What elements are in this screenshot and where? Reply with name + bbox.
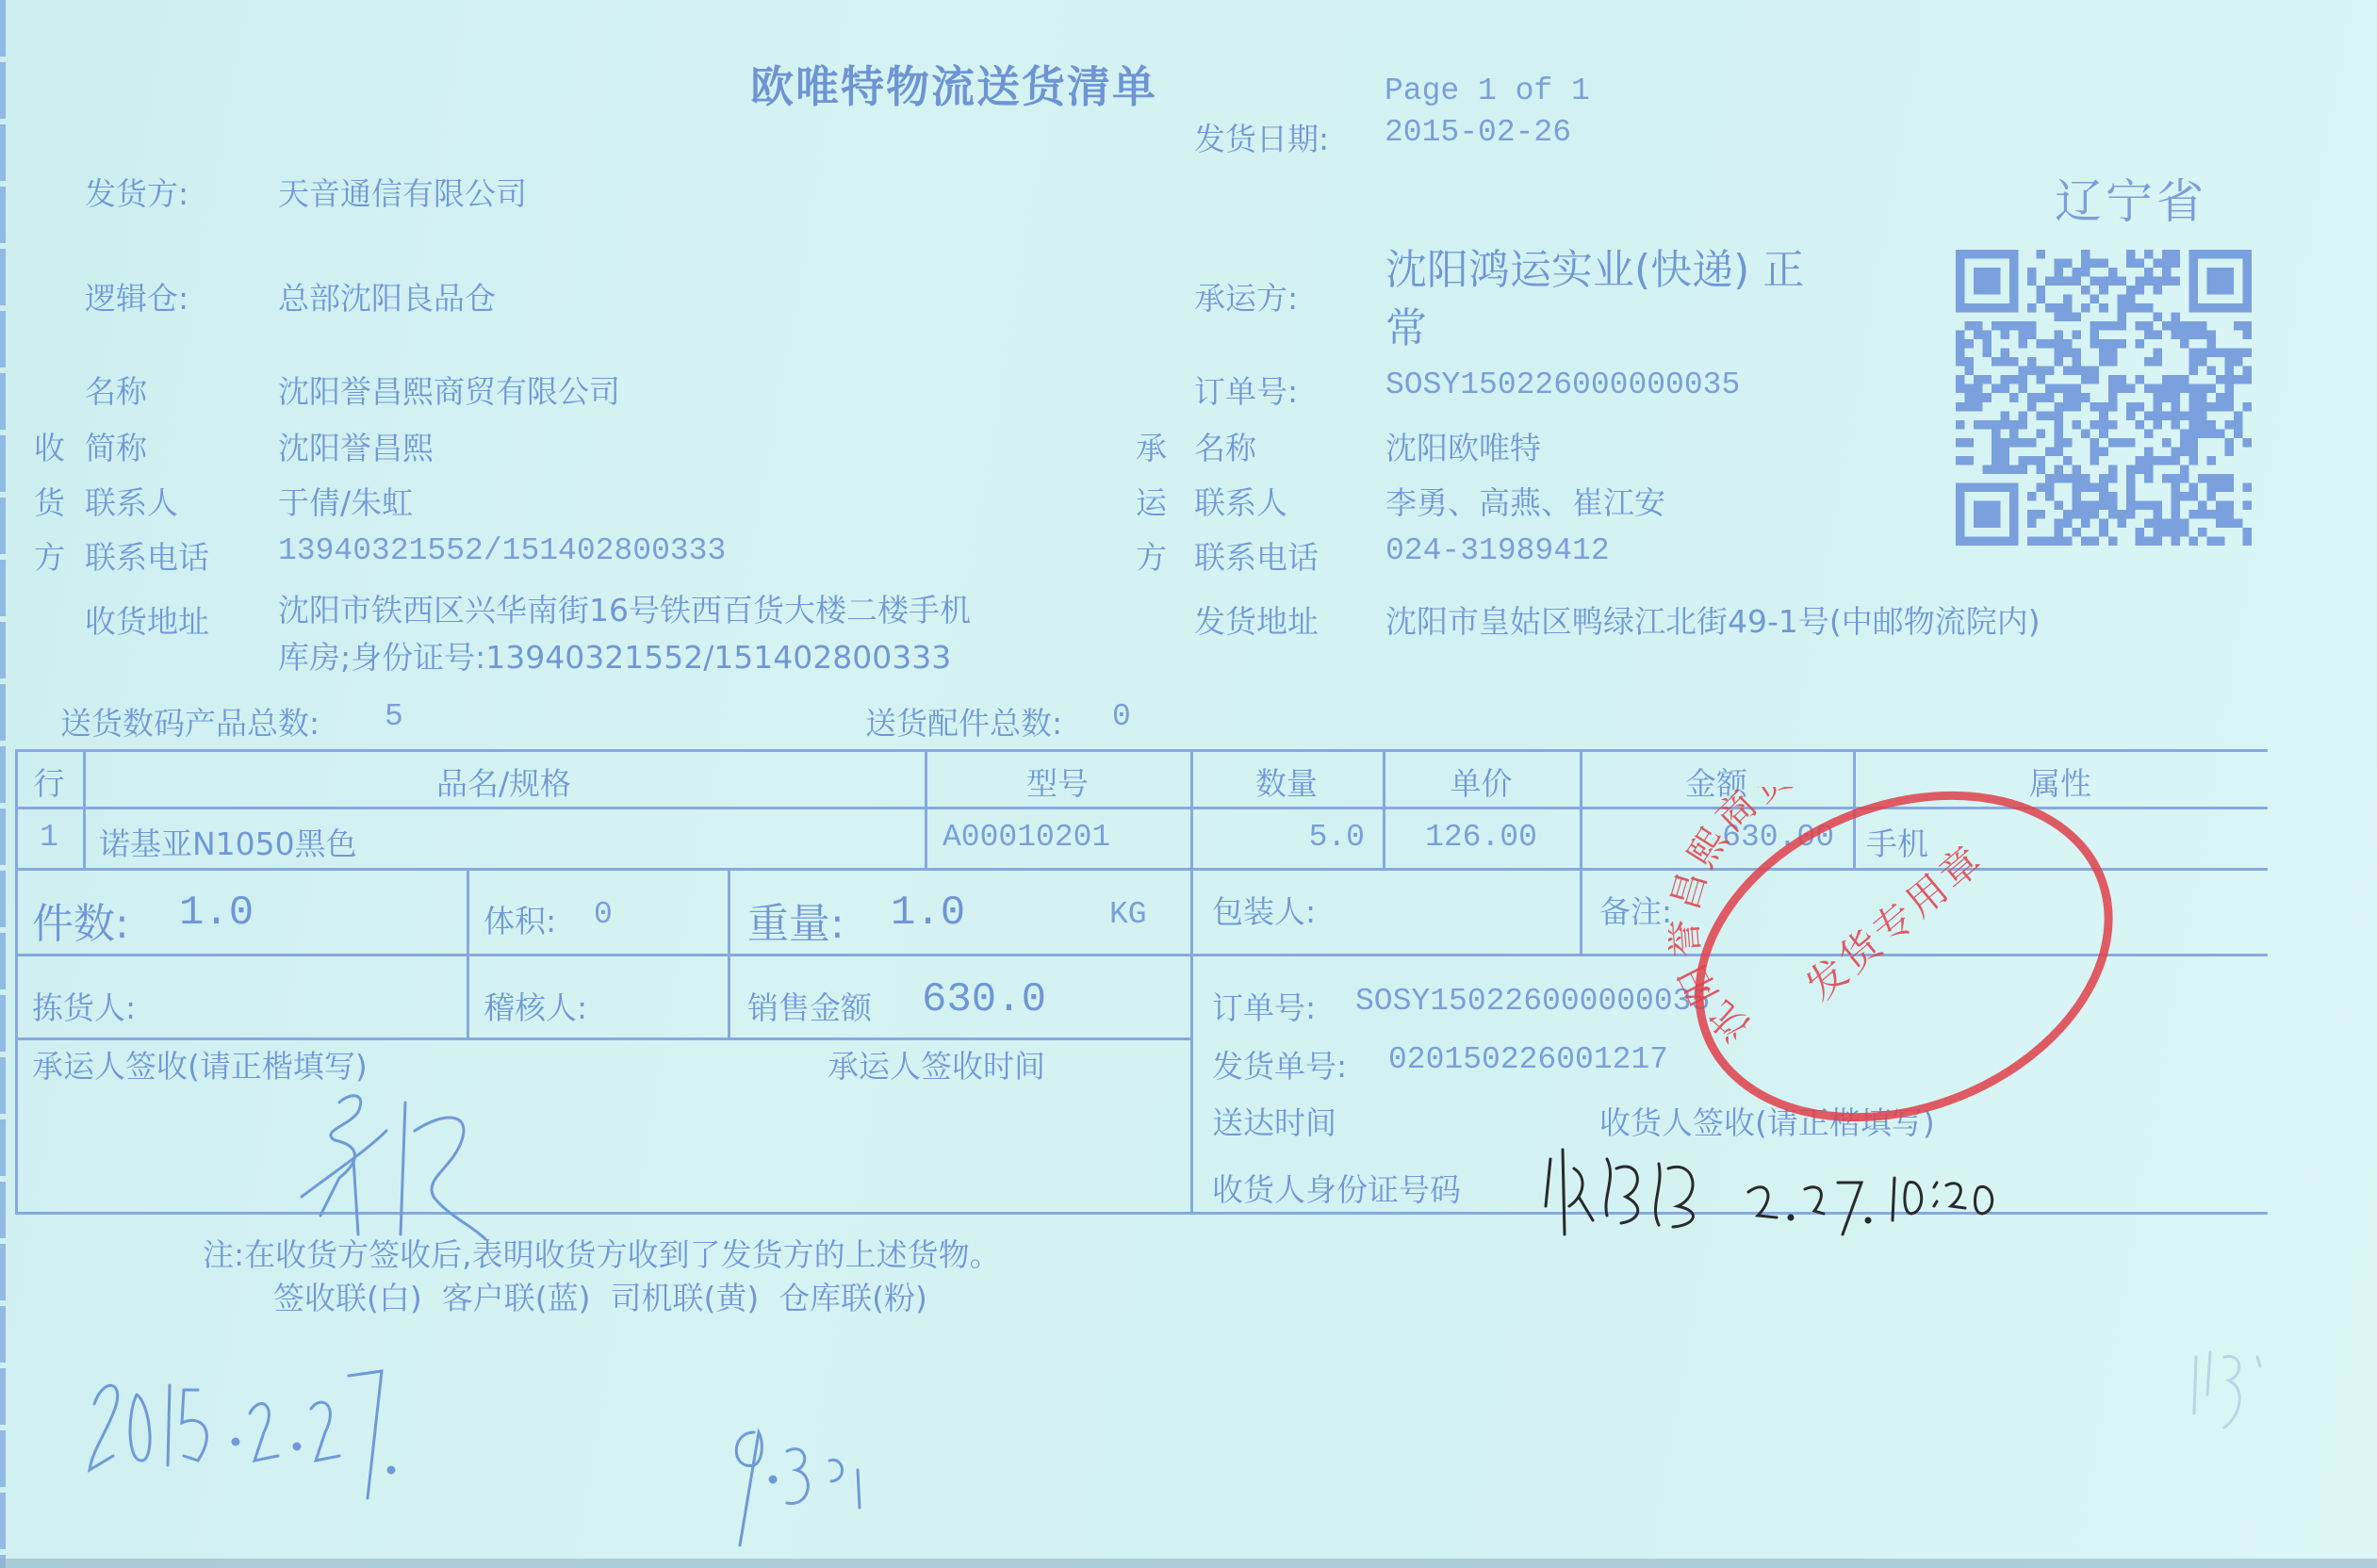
- receiver-address-line1: 沈阳市铁西区兴华南街16号铁西百货大楼二楼手机: [278, 586, 971, 630]
- perforated-left-edge: [0, 0, 6, 1568]
- signing-order-no-label: 订单号:: [1212, 984, 1316, 1028]
- page-indicator: Page 1 of 1: [1385, 73, 1590, 108]
- receiver-side-label-3: 方: [34, 533, 65, 578]
- delivery-no: 020150226001217: [1388, 1042, 1668, 1077]
- receiver-name: 沈阳誉昌熙商贸有限公司: [278, 367, 620, 412]
- col-header-line: 行: [15, 759, 83, 804]
- receiver-side-label-2: 货: [34, 479, 65, 523]
- transporter-side-label-3: 方: [1136, 533, 1167, 578]
- receiver-short-label: 简称: [85, 424, 147, 468]
- note-line-1: 注:在收货方签收后,表明收货方收到了发货方的上述货物。: [203, 1231, 1001, 1275]
- paper-bottom-edge: [0, 1559, 2377, 1568]
- remark-label: 备注:: [1599, 888, 1672, 932]
- weight-unit: KG: [1109, 897, 1147, 932]
- pieces-value: 1.0: [179, 890, 254, 937]
- transporter-name: 沈阳欧唯特: [1385, 424, 1541, 468]
- transporter-address-label: 发货地址: [1194, 597, 1319, 642]
- province-label: 辽宁省: [2055, 164, 2207, 232]
- receiver-contact-label: 联系人: [85, 479, 178, 523]
- carrier-value-line2: 常: [1385, 294, 1427, 354]
- transporter-phone: 024-31989412: [1385, 533, 1610, 568]
- volume-value: 0: [594, 897, 613, 932]
- receiver-side-label-1: 收: [34, 424, 65, 468]
- col-header-name: 品名/规格: [83, 759, 925, 804]
- accessories-total-label: 送货配件总数:: [865, 699, 1062, 743]
- company-seal-stamp: 沈阳誉昌熙商贸有限公司 发货专用章: [1668, 787, 2139, 1126]
- transporter-name-label: 名称: [1194, 424, 1256, 468]
- ship-date: 2015-02-26: [1385, 115, 1571, 150]
- receiver-short-name: 沈阳誉昌熙: [278, 424, 434, 468]
- receiver-address-label: 收货地址: [85, 597, 209, 642]
- warehouse-label: 逻辑仓:: [85, 274, 189, 318]
- receiver-phone: 13940321552/151402800333: [278, 533, 726, 568]
- receiver-name-label: 名称: [85, 367, 147, 412]
- transporter-address: 沈阳市皇姑区鸭绿江北街49-1号(中邮物流院内): [1385, 597, 2041, 642]
- carrier-signature: [283, 1074, 509, 1244]
- handwritten-time: [716, 1413, 924, 1564]
- row-model: A00010201: [943, 820, 1110, 855]
- handwritten-date: [85, 1357, 575, 1527]
- digital-products-total-label: 送货数码产品总数:: [60, 699, 320, 743]
- pieces-label: 件数:: [32, 890, 129, 950]
- carrier-value-line1: 沈阳鸿运实业(快递) 正: [1385, 236, 1804, 296]
- row-product-name: 诺基亚N1050黑色: [99, 820, 357, 864]
- sales-amount-label: 销售金额: [747, 984, 872, 1028]
- digital-products-total: 5: [385, 699, 403, 734]
- delivery-no-label: 发货单号:: [1212, 1042, 1347, 1086]
- receiver-signature: [1536, 1140, 2064, 1244]
- col-header-quantity: 数量: [1190, 759, 1383, 804]
- weight-value: 1.0: [891, 890, 965, 937]
- shipper-label: 发货方:: [85, 170, 189, 214]
- receiver-id-label: 收货人身份证号码: [1212, 1166, 1461, 1210]
- packer-label: 包装人:: [1212, 888, 1316, 932]
- carrier-label: 承运方:: [1194, 274, 1298, 318]
- transporter-side-label-1: 承: [1136, 424, 1167, 468]
- picker-label: 拣货人:: [32, 984, 136, 1028]
- transporter-phone-label: 联系电话: [1194, 533, 1319, 578]
- warehouse-value: 总部沈阳良品仓: [278, 274, 496, 318]
- sales-amount-value: 630.0: [922, 976, 1046, 1023]
- arrival-time-label: 送达时间: [1212, 1099, 1336, 1143]
- volume-label: 体积:: [484, 897, 556, 941]
- shipper-value: 天音通信有限公司: [278, 170, 527, 214]
- qr-code: [1956, 250, 2252, 546]
- transporter-contact: 李勇、高燕、崔江安: [1385, 479, 1665, 523]
- transporter-contact-label: 联系人: [1194, 479, 1287, 523]
- weight-label: 重量:: [747, 890, 844, 950]
- note-line-2: 签收联(白) 客户联(蓝) 司机联(黄) 仓库联(粉): [273, 1274, 927, 1318]
- checker-label: 稽核人:: [484, 984, 587, 1028]
- row-line-no: 1: [15, 820, 83, 855]
- order-no-value: SOSY150226000000035: [1385, 367, 1740, 402]
- signing-order-no: SOSY150226000000035: [1355, 984, 1710, 1019]
- row-unit-price: 126.00: [1383, 820, 1580, 855]
- transporter-side-label-2: 运: [1136, 479, 1167, 523]
- order-no-label: 订单号:: [1194, 367, 1298, 412]
- receiver-phone-label: 联系电话: [85, 533, 209, 578]
- receiver-address-line2: 库房;身份证号:13940321552/151402800333: [278, 633, 951, 678]
- accessories-total: 0: [1112, 699, 1131, 734]
- stamp-inner-text: 发货专用章: [1797, 835, 1993, 1009]
- ship-date-label: 发货日期:: [1194, 115, 1329, 159]
- faint-handwritten-mark: [2187, 1338, 2300, 1442]
- document-title: 欧唯特物流送货清单: [750, 53, 1157, 115]
- col-header-unit-price: 单价: [1383, 759, 1580, 804]
- col-header-model: 型号: [925, 759, 1190, 804]
- receiver-contact: 于倩/朱虹: [278, 479, 413, 523]
- row-quantity: 5.0: [1190, 820, 1365, 855]
- carrier-sign-time-label: 承运人签收时间: [828, 1042, 1045, 1086]
